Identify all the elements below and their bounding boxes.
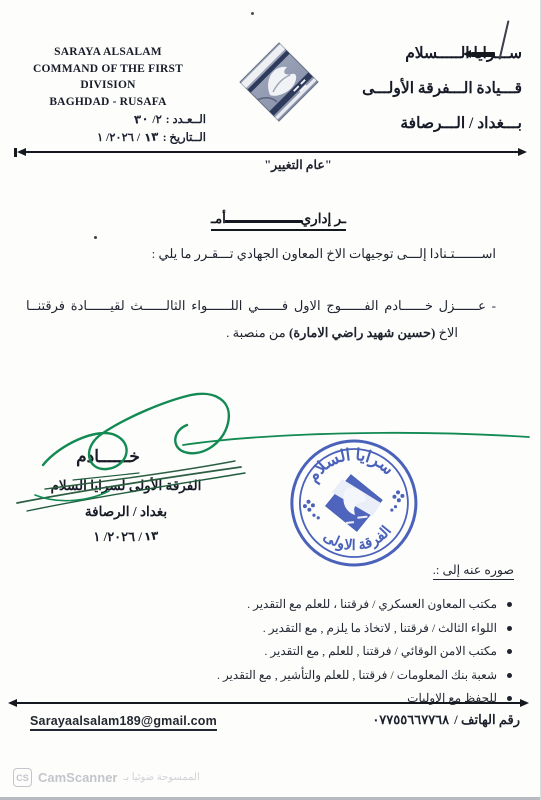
pen-mark-arrow [463,50,495,58]
order-item: - عــــــزل خــــــادم الفــــــوج الاول… [26,292,496,346]
order-item-line2: الاخ (حسين شهيد راضي الامارة) من منصبة . [26,319,496,346]
divider-bar [17,702,520,704]
order-heading-start: أمـ [211,211,226,227]
official-stamp: سرايا السلام الفرقة الاولى [279,430,428,577]
stamp-rosette-right [388,490,406,512]
phone-number: ٠٧٧٥٥٦٦٧٧٦٨ [372,712,449,728]
footer-divider-line [8,698,529,708]
letterhead-english: SARAYA ALSALAM COMMAND OF THE FIRST DIVI… [20,44,196,110]
camscanner-arabic-text: الممسوحة ضوئيا بـ [123,772,199,783]
order-item-line2-suffix: من منصبة . [226,325,289,340]
left-arrowhead-icon [17,148,26,156]
document-number-typed: /٢ [152,112,161,126]
order-heading: أمـ ـر إداري [211,211,346,231]
signer-location: بغداد / الرصافة [36,504,216,520]
copies-to-list: مكتب المعاون العسكري / فرقتنا ، للعلم مع… [202,593,514,711]
signature-date-handwritten: ١٣ [143,528,159,545]
document-meta: ٣٠ /٢ الــعـدد : ٢٠٢٦/ ١ / ١٣ الــتاريخ … [16,112,206,148]
scanned-document-page: SARAYA ALSALAM COMMAND OF THE FIRST DIVI… [0,0,541,800]
document-date-label: الــتاريخ : [163,130,206,144]
email-address-link[interactable]: Sarayaalsalam189@gmail.com [30,714,217,731]
copies-to-section: صوره عنه إلى :. مكتب المعاون العسكري / ف… [202,561,514,711]
org-ar-line: قـــيادة الـــفرقة الأولـــى [322,71,522,106]
pen-mark-bar [471,52,495,57]
document-number-row: ٣٠ /٢ الــعـدد : [16,112,206,130]
phone-label: رقم الهاتف / [454,712,520,728]
list-item: اللواء الثالث / فرقتنا , لاتخاذ ما يلزم … [202,617,514,641]
emblem-diamond-icon [237,40,321,124]
document-number-handwritten: ٣٠ [133,111,149,126]
org-en-line: SARAYA ALSALAM [20,44,196,61]
pen-mark-arrowhead [463,50,471,58]
signature-date: ٢٠٢٦/ ١ / ١٣ [36,529,216,545]
org-en-line: BAGHDAD - RUSAFA [20,94,196,111]
list-item: مكتب المعاون العسكري / فرقتنا ، للعلم مع… [202,593,514,617]
signature-block: خــــــادم الفرقة الأولى لسرايا السلام ب… [36,447,216,545]
order-item-name-bold: (حسين شهيد راضي الامارة) [289,325,435,340]
order-heading-kashida [225,220,302,223]
signature-date-typed: ٢٠٢٦/ ١ / [93,529,142,545]
order-heading-end: ـر إداري [301,211,346,227]
signer-title: الفرقة الأولى لسرايا السلام [36,478,216,494]
stamp-center-diamond [323,472,385,534]
camscanner-brand-text: CamScanner [38,770,117,785]
org-en-line: COMMAND OF THE FIRST [20,61,196,78]
motto-text: "عام التغيير" [0,157,540,173]
left-arrowhead-icon [8,699,17,707]
camscanner-logo-icon: CS [13,768,32,787]
order-item-line1: - عــــــزل خــــــادم الفــــــوج الاول… [26,292,496,319]
copies-to-header: صوره عنه إلى :. [433,562,514,580]
ink-period [94,236,97,239]
divider-bar [26,151,519,153]
ink-dot [251,12,254,15]
organization-emblem [237,40,321,124]
document-date-handwritten: ١٣ [143,129,159,144]
order-intro-paragraph: اســـــــتـنادا إلـــى توجيهات الاخ المع… [76,246,496,262]
right-arrowhead-icon [520,699,529,707]
list-item: شعبة بنك المعلومات / فرقتنا , للعلم والت… [202,664,514,688]
stamp-seal-icon: سرايا السلام الفرقة الاولى [279,430,428,577]
document-date-typed: ٢٠٢٦/ ١ / [97,130,140,144]
list-item: مكتب الامن الوقائي / فرقتنا , للعلم , مع… [202,640,514,664]
document-number-label: الــعـدد : [166,112,206,126]
signer-name: خــــــادم [18,447,198,467]
org-ar-line: بـــغداد / الـــرصافة [322,106,522,141]
order-item-line2-prefix: الاخ [435,325,458,340]
header-divider-line [14,147,527,157]
document-date-row: ٢٠٢٦/ ١ / ١٣ الــتاريخ : [16,130,206,148]
stamp-rosette-left [302,499,320,521]
org-en-line: DIVISION [20,77,196,94]
phone-number-row: رقم الهاتف / ٠٧٧٥٥٦٦٧٧٦٨ [372,712,520,728]
camscanner-watermark: CS CamScanner الممسوحة ضوئيا بـ [13,768,200,787]
right-arrowhead-icon [518,148,527,156]
